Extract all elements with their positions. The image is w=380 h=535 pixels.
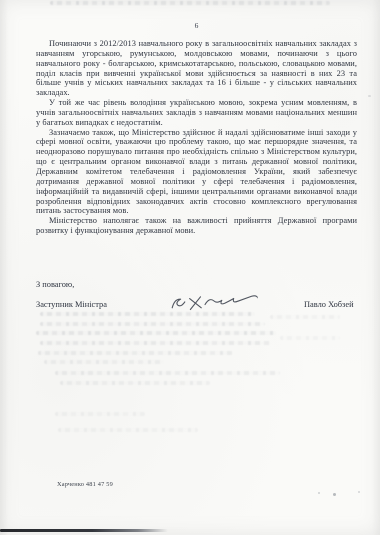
scanned-document-page: 6 Починаючи з 2012/2013 навчального року… xyxy=(0,0,380,535)
executor-contact: Харченко 481 47 59 xyxy=(57,481,113,488)
bleed-through-artifact xyxy=(40,341,270,345)
bleed-through-artifact xyxy=(44,360,164,364)
bleed-through-artifact xyxy=(58,428,198,432)
bleed-through-artifact xyxy=(36,331,276,335)
bleed-through-artifact xyxy=(55,371,280,375)
bleed-through-artifact xyxy=(60,381,210,385)
page-number: 6 xyxy=(36,21,357,30)
scan-speck xyxy=(358,491,360,493)
bleed-through-artifact xyxy=(40,312,255,316)
paragraph: Зазначаємо також, що Міністерство здійсн… xyxy=(36,128,357,217)
scan-speck xyxy=(318,492,320,494)
bleed-through-artifact xyxy=(50,1,330,5)
scan-speck xyxy=(333,493,336,496)
scan-speck xyxy=(368,95,371,97)
signer-name: Павло Хобзей xyxy=(304,300,354,309)
bleed-through-artifact xyxy=(270,315,340,319)
bleed-through-artifact xyxy=(55,412,145,416)
bleed-through-artifact xyxy=(40,322,265,326)
signer-title: Заступник Міністра xyxy=(36,300,107,309)
paragraph: Починаючи з 2012/2013 навчального року в… xyxy=(36,39,357,98)
paragraph: Міністерство наполягає також на важливос… xyxy=(36,216,357,236)
paragraph: У той же час рівень володіння українсько… xyxy=(36,98,357,128)
letter-body: Починаючи з 2012/2013 навчального року в… xyxy=(36,39,357,236)
bleed-through-artifact xyxy=(280,336,340,340)
scanner-edge-artifact xyxy=(0,529,168,532)
bleed-through-artifact xyxy=(38,351,233,355)
closing-salutation: З повагою, xyxy=(36,280,74,289)
handwritten-signature xyxy=(165,285,259,322)
